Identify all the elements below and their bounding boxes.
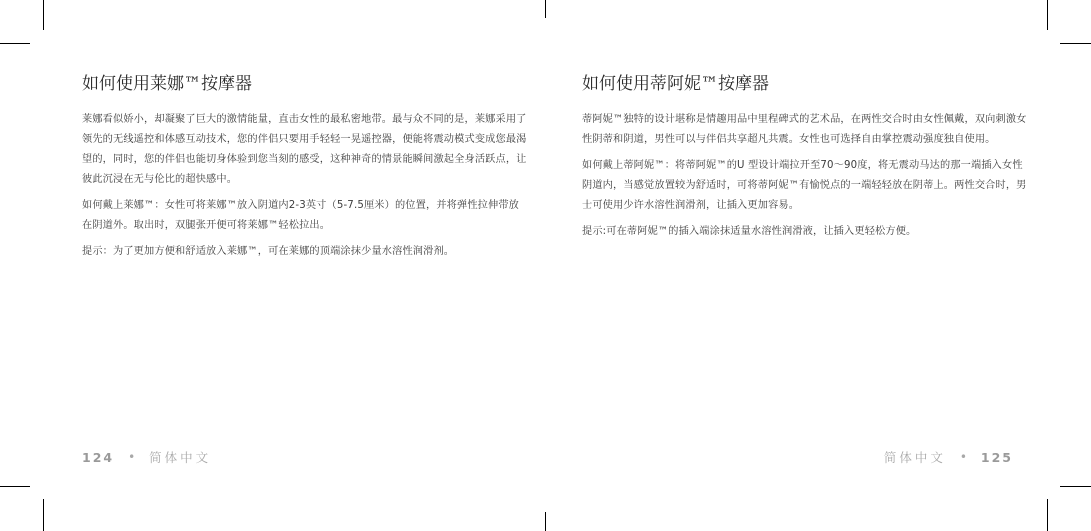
crop-mark-bottom-right-vertical (1047, 499, 1048, 531)
language-label: 简体中文 (884, 448, 946, 466)
crop-mark-top-right-horizontal (1060, 43, 1091, 44)
crop-mark-bottom-center (545, 512, 546, 531)
right-paragraph-tip: 提示:可在蒂阿妮™的插入端涂抹适量水溶性润滑液，让插入更轻松方便。 (582, 222, 1028, 242)
crop-mark-top-left-vertical (43, 0, 44, 30)
right-paragraph-how-to-wear: 如何戴上蒂阿妮™：将蒂阿妮™的U 型设计端拉开至70～90度，将无震动马达的那一… (582, 156, 1028, 216)
left-paragraph-how-to-wear: 如何戴上莱娜™：女性可将莱娜™放入阴道内2-3英寸（5-7.5厘米）的位置，并将… (82, 196, 528, 236)
page-number: 125 (981, 450, 1013, 465)
crop-mark-bottom-left-horizontal (0, 486, 30, 487)
crop-mark-bottom-right-horizontal (1060, 486, 1091, 487)
crop-mark-top-center (545, 0, 546, 18)
crop-mark-top-left-horizontal (0, 43, 30, 44)
left-page-title: 如何使用莱娜™按摩器 (82, 72, 528, 96)
left-page-footer: 124 • 简体中文 (82, 448, 211, 466)
left-paragraph-intro: 莱娜看似娇小，却凝聚了巨大的激情能量，直击女性的最私密地带。最与众不同的是，莱娜… (82, 110, 528, 190)
bullet-separator: • (960, 450, 967, 464)
crop-mark-top-right-vertical (1047, 0, 1048, 30)
left-page: 如何使用莱娜™按摩器 莱娜看似娇小，却凝聚了巨大的激情能量，直击女性的最私密地带… (82, 72, 528, 268)
right-page: 如何使用蒂阿妮™按摩器 蒂阿妮™独特的设计堪称是情趣用品中里程碑式的艺术品，在两… (582, 72, 1028, 248)
right-page-title: 如何使用蒂阿妮™按摩器 (582, 72, 1028, 96)
right-paragraph-intro: 蒂阿妮™独特的设计堪称是情趣用品中里程碑式的艺术品，在两性交合时由女性佩戴，双向… (582, 110, 1028, 150)
page-number: 124 (82, 450, 114, 465)
bullet-separator: • (128, 450, 135, 464)
language-label: 简体中文 (149, 448, 211, 466)
right-page-footer: 简体中文 • 125 (884, 448, 1013, 466)
crop-mark-bottom-left-vertical (43, 499, 44, 531)
left-paragraph-tip: 提示：为了更加方便和舒适放入莱娜™，可在莱娜的顶端涂抹少量水溶性润滑剂。 (82, 242, 528, 262)
